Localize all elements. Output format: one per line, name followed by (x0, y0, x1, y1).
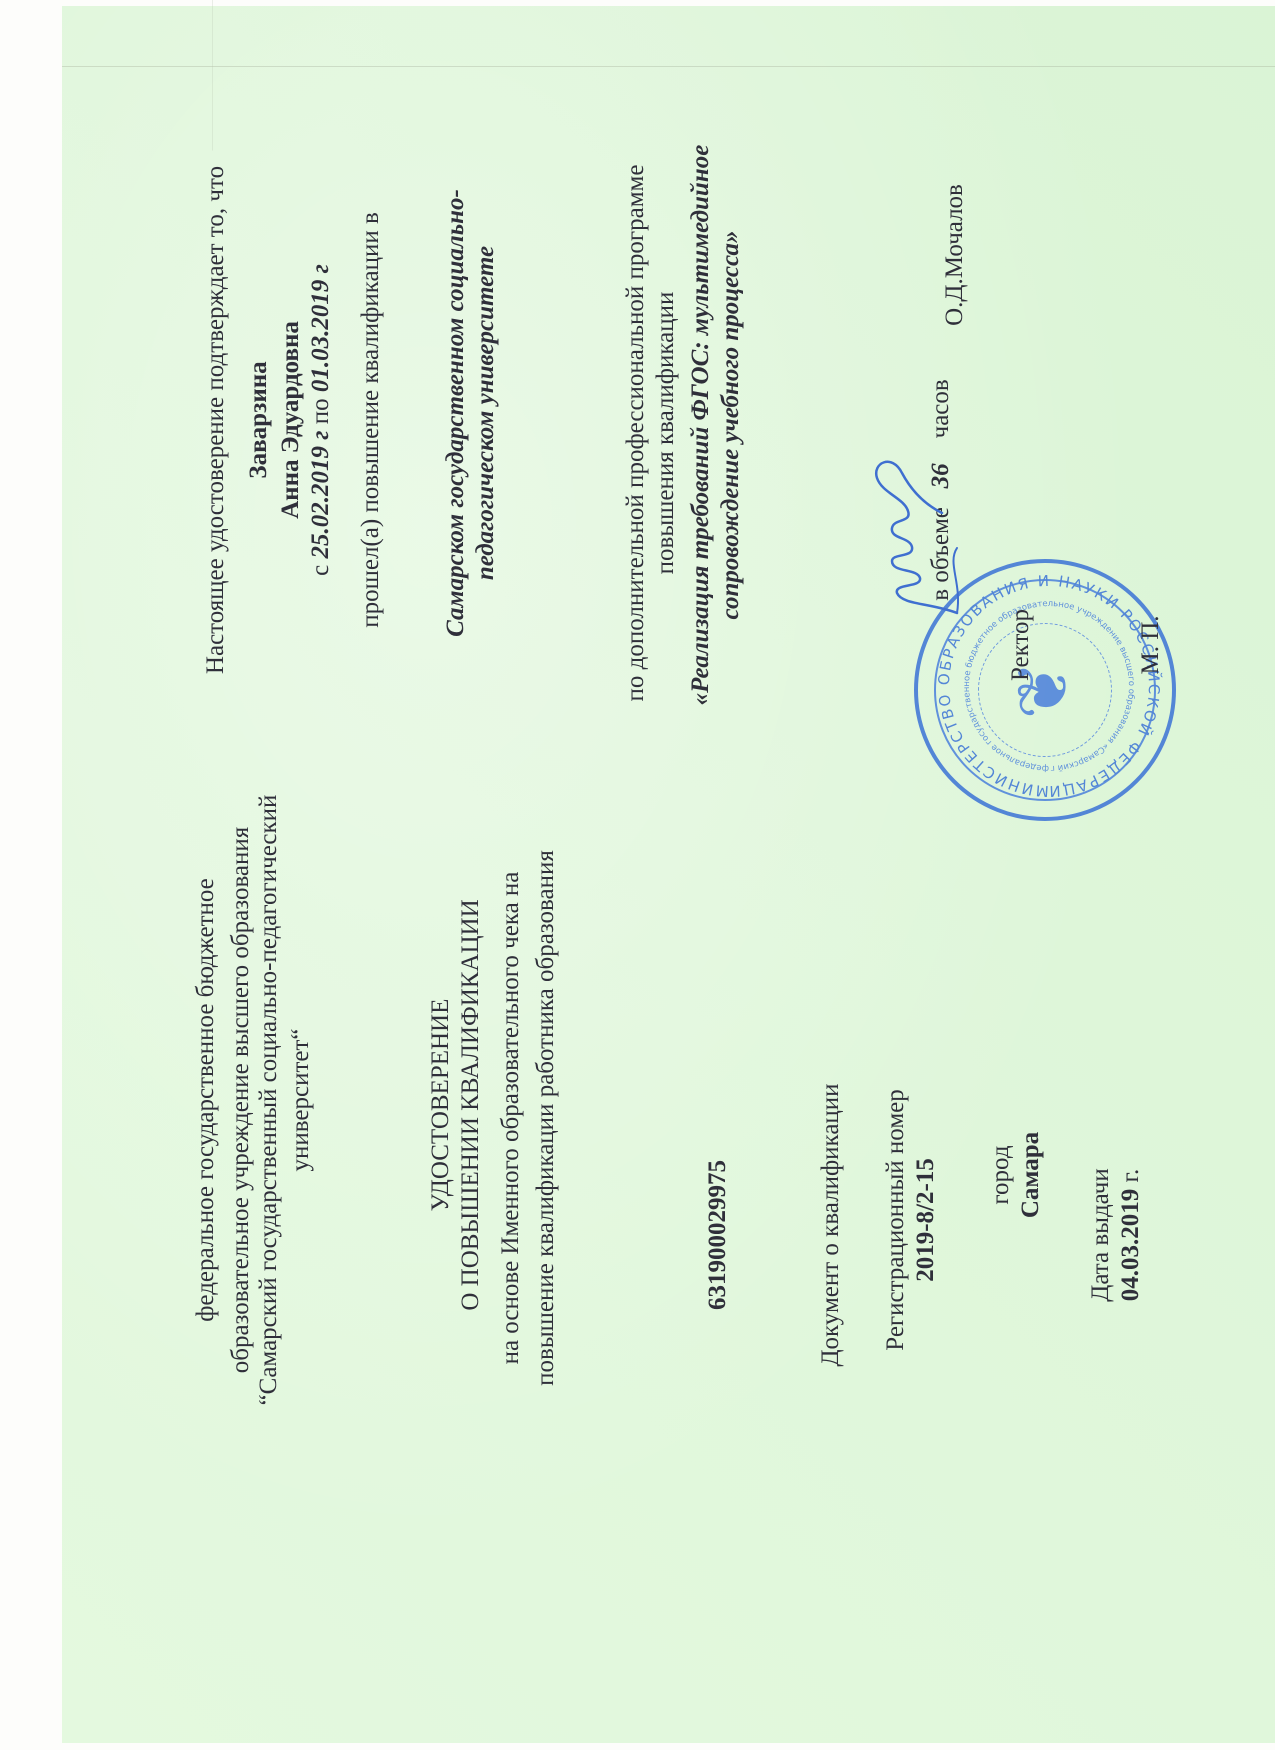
university-line-1: Самарском государственном социально- (443, 189, 468, 637)
certificate-sheet: федеральное государственное бюджетное об… (62, 6, 1275, 1743)
program-title-line-1: «Реализация требований ФГОС: мультимедий… (688, 145, 713, 706)
institution-line-2: образовательное учреждение высшего образ… (228, 827, 253, 1374)
date-to: 01.03.2019 г (307, 264, 334, 392)
signature-icon (862, 423, 972, 623)
date-from: 25.02.2019 г (307, 431, 334, 559)
page-fold (62, 66, 1275, 67)
institution-line-1: федеральное государственное бюджетное (193, 878, 218, 1322)
issue-date-row: 04.03.2019 г. (1118, 1169, 1143, 1301)
city-label: город (988, 1145, 1013, 1204)
period-from-prefix: с (307, 565, 334, 576)
institution-line-4: университет“ (288, 1028, 313, 1171)
issue-date: 04.03.2019 (1117, 1189, 1144, 1302)
program-line-2: повышения квалификации (653, 292, 678, 575)
study-period: с 25.02.2019 г по 01.03.2019 г (308, 264, 333, 576)
institution-line-3: “Самарский государственный социально-пед… (256, 795, 281, 1406)
reg-number-label: Регистрационный номер (883, 1089, 908, 1351)
reg-number: 2019-8/2-15 (913, 1158, 938, 1282)
intro-text: Настоящее удостоверение подтверждает то,… (203, 166, 228, 674)
certificate-number: 631900029975 (705, 1160, 730, 1310)
program-line-1: по дополнительной профессиональной прогр… (623, 165, 648, 702)
basis-line-2: повышение квалификации работника образов… (533, 850, 558, 1386)
program-title-line-2: сопровождение учебного процесса» (718, 231, 743, 620)
signer-name: О.Д.Мочалов (942, 184, 967, 326)
document-title-line-2: О ПОВЫШЕНИИ КВАЛИФИКАЦИИ (458, 899, 483, 1310)
recipient-given-names: Анна Эдуардовна (278, 321, 303, 519)
city: Самара (1018, 1132, 1043, 1218)
period-to-prefix: по (307, 398, 334, 424)
issue-date-suffix: г. (1117, 1169, 1144, 1183)
seal-label: М. П. (1138, 615, 1163, 674)
doc-label: Документ о квалификации (818, 1083, 843, 1366)
document-title-line-1: УДОСТОВЕРЕНИЕ (428, 999, 453, 1212)
issue-date-label: Дата выдачи (1088, 1168, 1113, 1301)
completed-text: прошел(а) повышение квалификации в (358, 212, 383, 628)
basis-line-1: на основе Именного образовательного чека… (498, 872, 523, 1365)
university-line-2: педагогическом университете (473, 246, 498, 580)
paper-crease (62, 0, 213, 256)
recipient-surname: Заварзина (246, 361, 271, 478)
signer-title: Ректор (1008, 609, 1033, 681)
